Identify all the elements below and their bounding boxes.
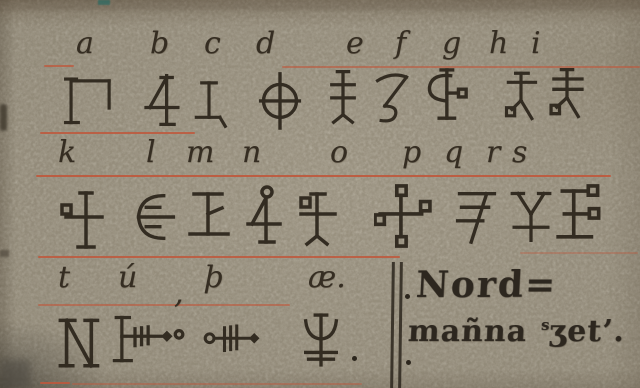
cipher-symbol-g: c-curve on a staff with square-ended rig… bbox=[416, 64, 470, 126]
cipher-symbol-d: circle quartered by an overrunning cross bbox=[254, 68, 306, 130]
letter-punct: þ bbox=[204, 263, 223, 293]
cipher-symbol-n: figure-four with ring head bbox=[242, 182, 286, 250]
cipher-symbol-m: staff between top and bottom bars with s… bbox=[184, 184, 236, 248]
caption-line-1: Nord= bbox=[415, 264, 558, 306]
letter-d: d bbox=[256, 29, 275, 59]
letter-f: f bbox=[395, 29, 406, 59]
letter-q: q bbox=[444, 138, 463, 168]
cipher-symbol-c: inverted T with hooked right foot bbox=[186, 72, 232, 130]
left-edge-dash bbox=[0, 250, 9, 257]
caption-line-2: mañna sʒet’. bbox=[407, 314, 626, 349]
letter-punct: æ. bbox=[308, 263, 346, 293]
row-final-punctus bbox=[352, 356, 357, 361]
letter-i: i bbox=[531, 29, 541, 59]
ruling-line bbox=[520, 252, 638, 254]
letter-e: e bbox=[346, 29, 364, 59]
teal-speck bbox=[98, 0, 110, 5]
letter-o: o bbox=[330, 138, 348, 168]
divider-punctus bbox=[406, 360, 411, 365]
letter-a: a bbox=[76, 29, 94, 59]
row-divider-stroke bbox=[398, 262, 402, 388]
cipher-symbol-a: gallows mark: tall vertical with top bar… bbox=[60, 70, 122, 128]
letter-b: b bbox=[150, 29, 169, 59]
cipher-symbol-q: slanted staff under a head bar with two … bbox=[450, 184, 504, 246]
cipher-symbol-o: cross with square loop at upper left and… bbox=[292, 184, 342, 248]
cipher-symbol-p: cross with square loops at all four ends bbox=[374, 182, 432, 250]
cipher-symbol-i: double-crossed staff with square loop an… bbox=[544, 64, 590, 124]
cipher-symbol-b: open-top figure-four bbox=[140, 70, 182, 130]
caption-flourish: ’. bbox=[601, 314, 626, 349]
cipher-symbol-k: tall staff with crossbar and square loop… bbox=[58, 184, 106, 256]
caption-word-manna: mañna bbox=[407, 314, 528, 349]
letter-n: n bbox=[242, 138, 261, 168]
letter-punct: , bbox=[174, 279, 184, 309]
caption-superscript: s bbox=[541, 316, 551, 334]
cipher-symbol-e: staff with two crossbars and splayed fee… bbox=[324, 66, 362, 126]
letter-t: t bbox=[58, 263, 70, 293]
cipher-symbol-ae: psi-like fork struck through twice at th… bbox=[298, 306, 344, 374]
letter-k: k bbox=[58, 138, 76, 168]
ruling-line bbox=[38, 256, 400, 258]
letter-m: m bbox=[186, 138, 214, 168]
cipher-symbol-u: serifed staff with tally-barred arm, loz… bbox=[106, 310, 194, 370]
letter-s: s bbox=[512, 138, 527, 168]
cipher-symbol-r: Y-fork standing on a barred stem bbox=[508, 186, 554, 246]
cipher-symbol-t: capital-N mark with serifs bbox=[56, 308, 106, 374]
divider-punctus bbox=[405, 294, 410, 299]
ruling-line bbox=[40, 382, 70, 384]
letter-r: r bbox=[486, 138, 500, 168]
ruling-line bbox=[44, 65, 74, 67]
letter-c: c bbox=[204, 29, 221, 59]
bottom-left-shadow bbox=[0, 360, 30, 388]
top-edge-band bbox=[0, 5, 640, 9]
letter-punct: ú bbox=[118, 263, 137, 293]
cipher-symbol-th: ring with tally-barred arm ending in a l… bbox=[190, 312, 280, 368]
ruling-line bbox=[36, 175, 611, 177]
caption-word-zet: ʒet bbox=[548, 314, 603, 349]
ruling-line bbox=[72, 383, 362, 385]
letter-h: h bbox=[489, 29, 508, 59]
left-edge-blot bbox=[0, 104, 7, 131]
cipher-symbol-s: I-beam staff with mid bar and two square… bbox=[554, 182, 608, 250]
cipher-symbol-h: crossed staff with square loop and splay… bbox=[500, 66, 542, 124]
ruling-line bbox=[38, 304, 290, 306]
letter-l: l bbox=[146, 138, 156, 168]
letter-p: p bbox=[402, 138, 421, 168]
row-divider-stroke bbox=[390, 262, 394, 388]
letter-g: g bbox=[442, 29, 461, 59]
parchment-page: abcdefghigallows mark: tall vertical wit… bbox=[0, 0, 640, 388]
cipher-symbol-l: reversed-E enclosure with middle bar run… bbox=[126, 186, 182, 248]
cipher-symbol-f: seven-like stroke with curled tail bbox=[368, 68, 416, 126]
